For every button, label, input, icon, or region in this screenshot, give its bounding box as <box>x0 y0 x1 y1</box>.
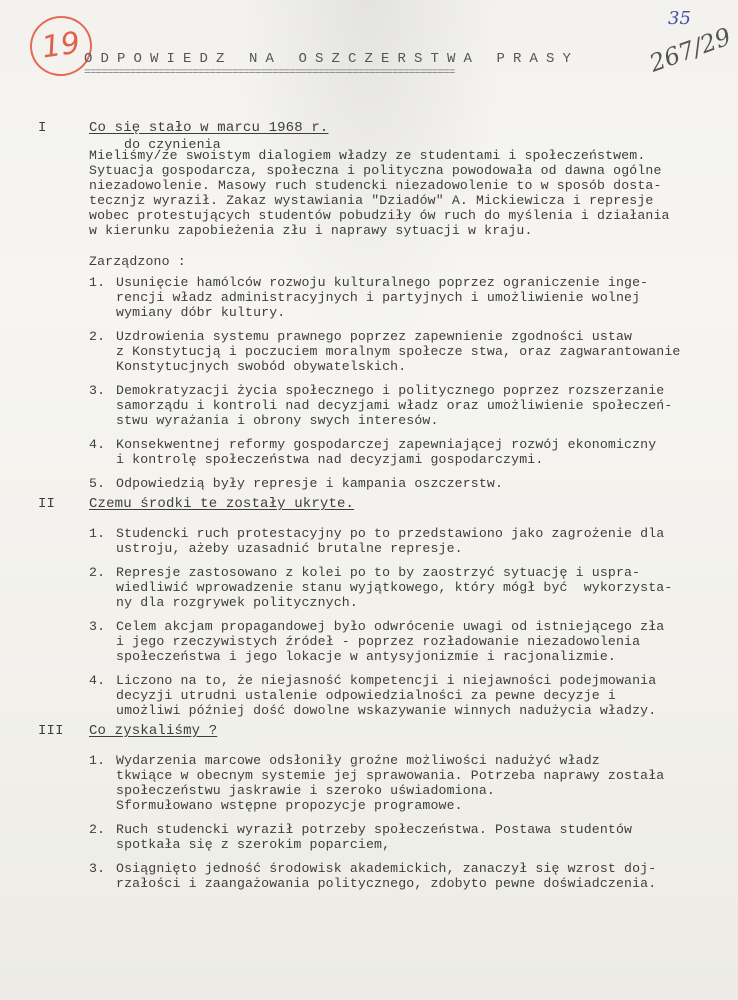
item-number: 1. <box>89 275 116 320</box>
item-number: 2. <box>89 565 116 610</box>
list-item: 1. Usunięcie hamólców rozwoju kulturalne… <box>89 275 680 320</box>
item-number: 3. <box>89 383 116 428</box>
item-number: 3. <box>89 861 116 891</box>
item-number: 1. <box>89 753 116 813</box>
section-list: 1. Wydarzenia marcowe odsłoniły groźne m… <box>89 753 664 891</box>
item-number: 2. <box>89 329 116 374</box>
list-item: 2. Ruch studencki wyraził potrzeby społe… <box>89 822 664 852</box>
document-title: ODPOWIEDZ NA OSZCZERSTWA PRASY <box>84 52 579 67</box>
item-text: Wydarzenia marcowe odsłoniły groźne możl… <box>116 753 664 813</box>
section-heading: Czemu środki te zostały ukryte. <box>89 497 354 512</box>
list-item: 2. Represje zastosowano z kolei po to by… <box>89 565 672 610</box>
list-item: 1. Wydarzenia marcowe odsłoniły groźne m… <box>89 753 664 813</box>
item-text: Usunięcie hamólców rozwoju kulturalnego … <box>116 275 648 320</box>
list-item: 2. Uzdrowienia systemu prawnego poprzez … <box>89 329 680 374</box>
section-heading: Co zyskaliśmy ? <box>89 724 217 739</box>
list-item: 3. Osiągnięto jedność środowisk akademic… <box>89 861 664 891</box>
item-text: Studencki ruch protestacyjny po to przed… <box>116 526 664 556</box>
handwritten-folio: 267/29 <box>646 22 735 77</box>
list-item: 1. Studencki ruch protestacyjny po to pr… <box>89 526 672 556</box>
list-item: 4. Konsekwentnej reformy gospodarczej za… <box>89 437 680 467</box>
list-item: 3. Demokratyzacji życia społecznego i po… <box>89 383 680 428</box>
item-text: Konsekwentnej reformy gospodarczej zapew… <box>116 437 656 467</box>
list-item: 4. Liczono na to, że niejasność kompeten… <box>89 673 672 718</box>
item-text: Represje zastosowano z kolei po to by za… <box>116 565 672 610</box>
item-number: 3. <box>89 619 116 664</box>
item-text: Celem akcjam propagandowej było odwrócen… <box>116 619 664 664</box>
list-item: 3. Celem akcjam propagandowej było odwró… <box>89 619 672 664</box>
section-numeral: I <box>38 121 47 136</box>
document-page: 19 35 267/29 ODPOWIEDZ NA OSZCZERSTWA PR… <box>0 0 738 1000</box>
item-text: Osiągnięto jedność środowisk akademickic… <box>116 861 656 891</box>
section-list: 1. Studencki ruch protestacyjny po to pr… <box>89 526 672 718</box>
section-numeral: II <box>38 497 55 512</box>
item-text: Uzdrowienia systemu prawnego poprzez zap… <box>116 329 680 374</box>
list-label: Zarządzono : <box>89 254 186 269</box>
section-list: 1. Usunięcie hamólców rozwoju kulturalne… <box>89 275 680 491</box>
item-text: Liczono na to, że niejasność kompetencji… <box>116 673 656 718</box>
item-text: Odpowiedzią były represje i kampania osz… <box>116 476 503 491</box>
title-underline: ========================================… <box>84 66 455 81</box>
list-item: 5. Odpowiedzią były represje i kampania … <box>89 476 680 491</box>
item-number: 4. <box>89 437 116 467</box>
item-number: 4. <box>89 673 116 718</box>
section-paragraph: Mieliśmy/ze swoistym dialogiem władzy ze… <box>89 148 670 238</box>
item-number: 1. <box>89 526 116 556</box>
handwritten-note: 35 <box>668 8 691 29</box>
item-number: 2. <box>89 822 116 852</box>
item-text: Demokratyzacji życia społecznego i polit… <box>116 383 672 428</box>
section-heading: Co się stało w marcu 1968 r. <box>89 121 328 136</box>
item-text: Ruch studencki wyraził potrzeby społecze… <box>116 822 632 852</box>
section-numeral: III <box>38 724 64 739</box>
item-number: 5. <box>89 476 116 491</box>
